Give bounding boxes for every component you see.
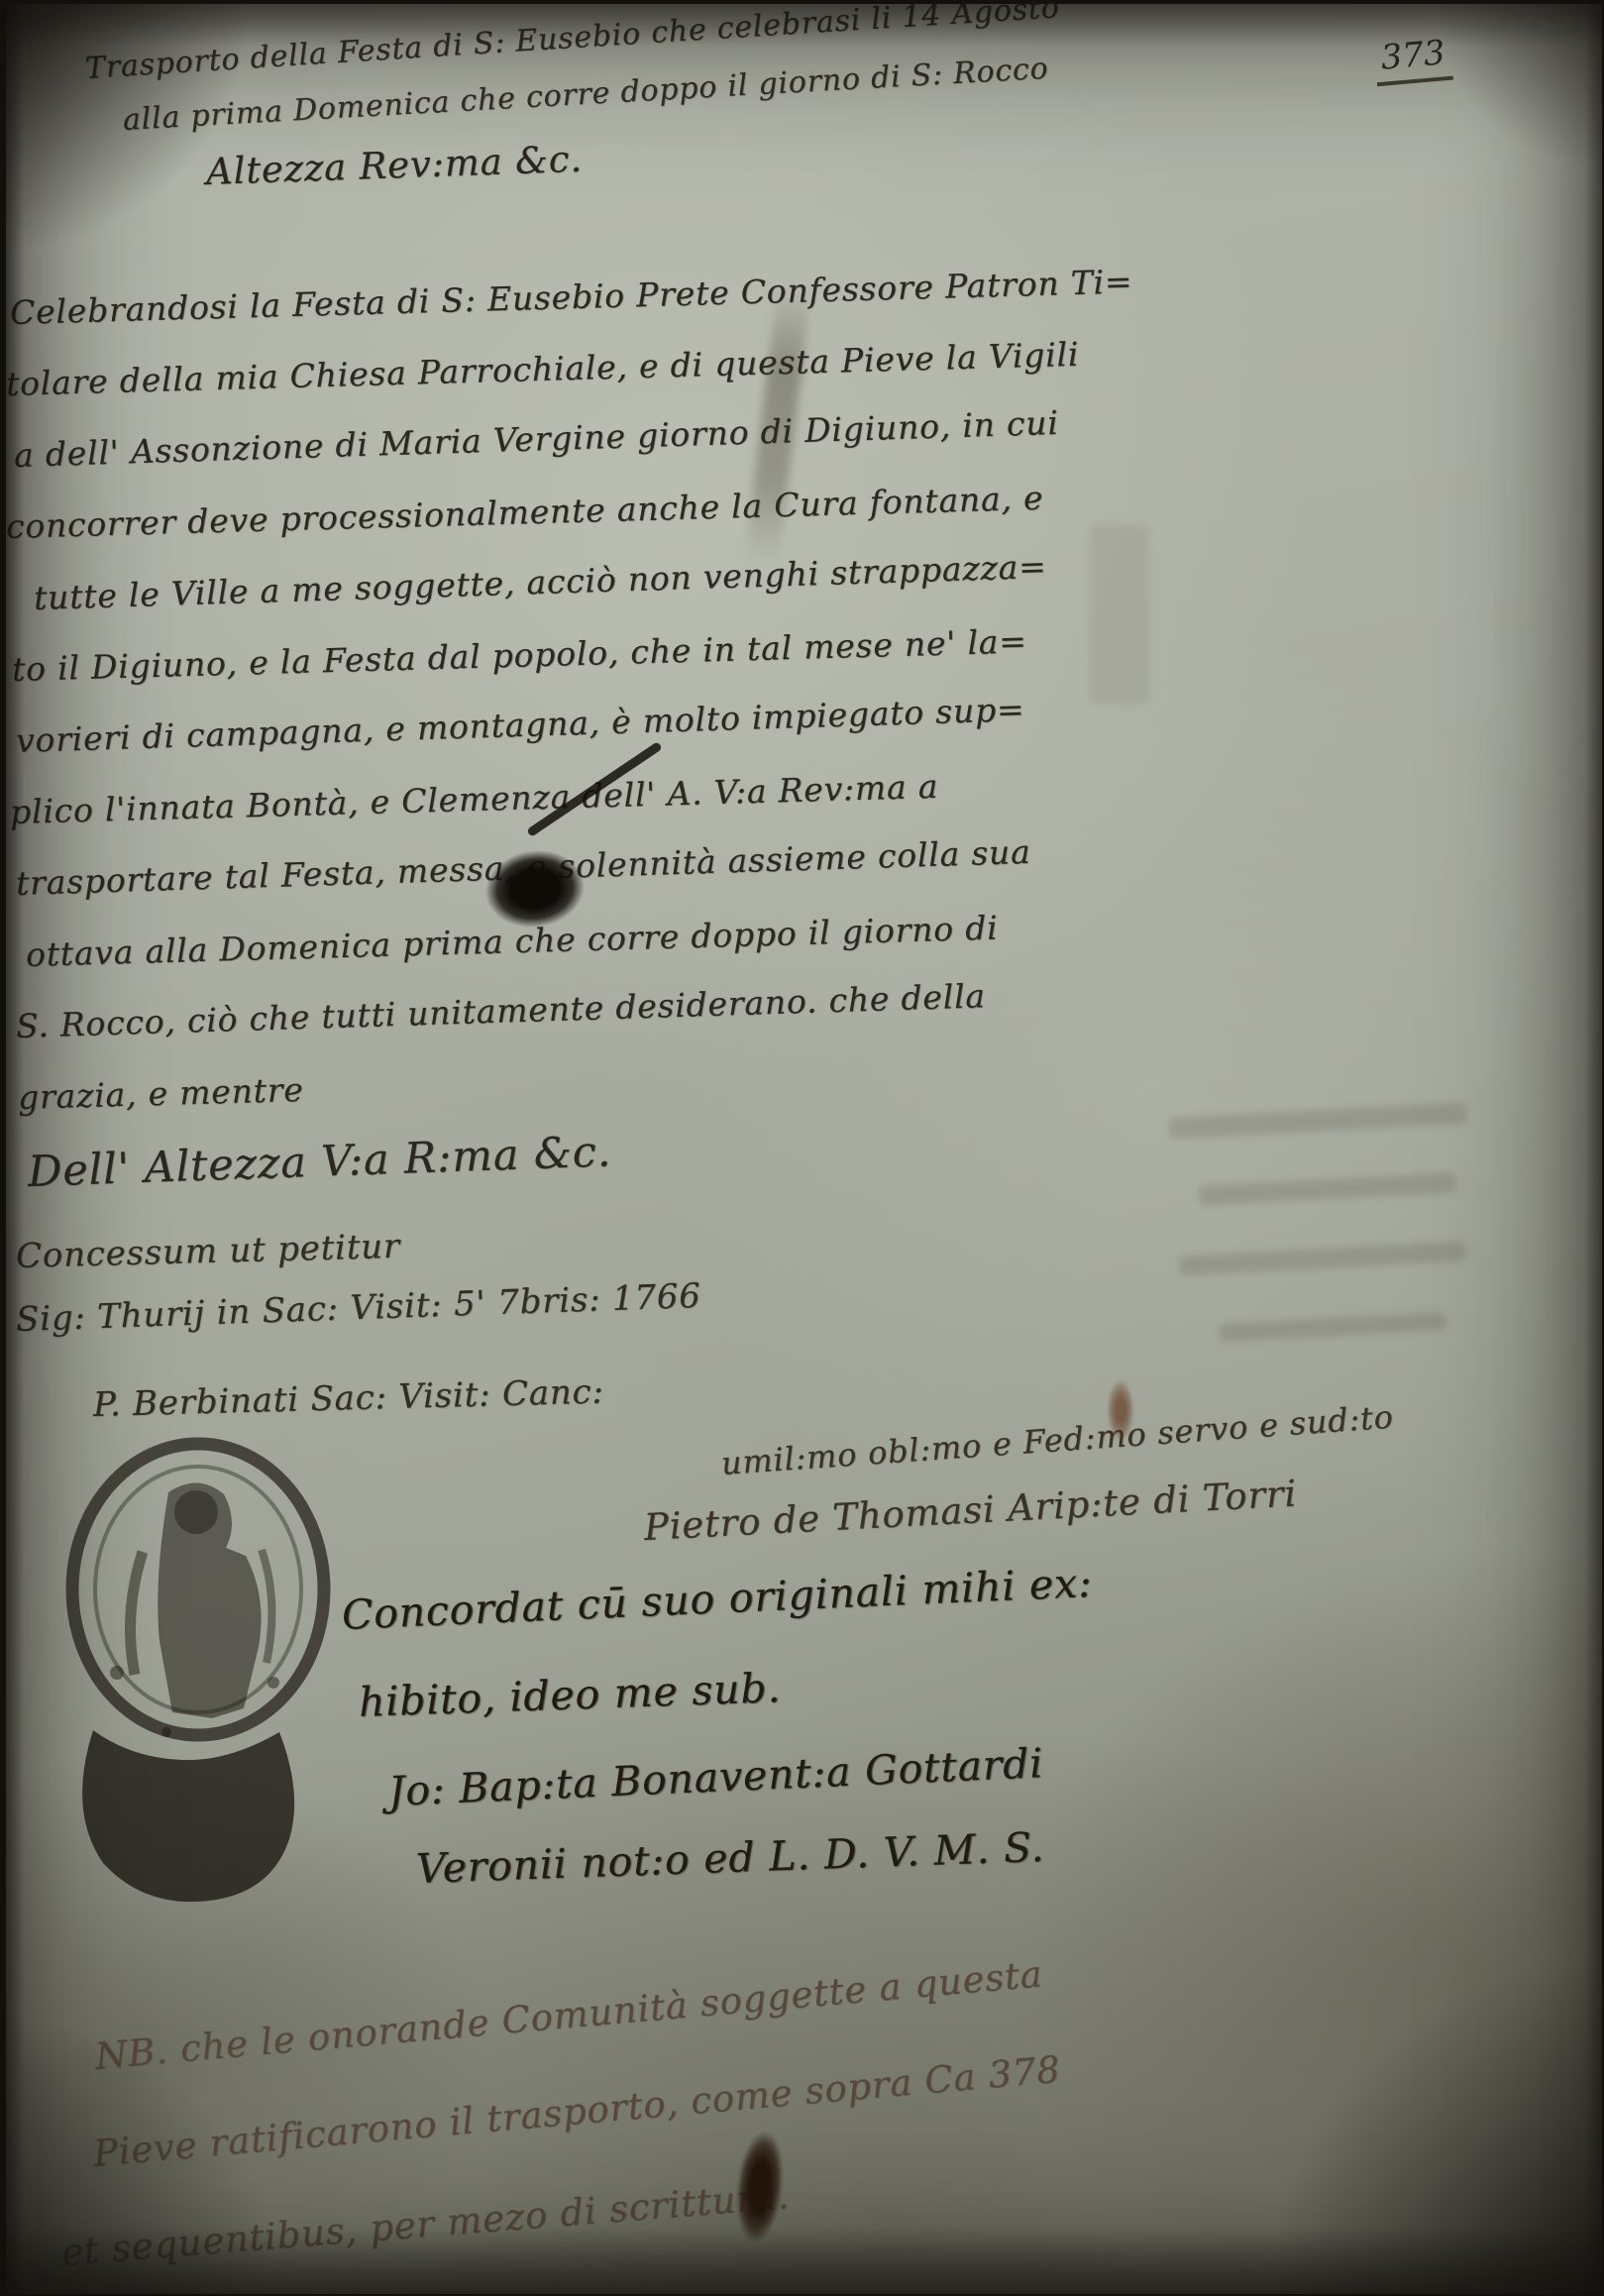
page-number: 373 — [1373, 33, 1453, 87]
body-line: grazia, e mentre — [17, 1070, 304, 1117]
ink-seal-stamp — [48, 1435, 340, 1915]
bleed-through-mark — [1090, 525, 1149, 704]
manuscript-photo: 373 Trasporto della Festa di S: Eusebio … — [0, 0, 1604, 2296]
